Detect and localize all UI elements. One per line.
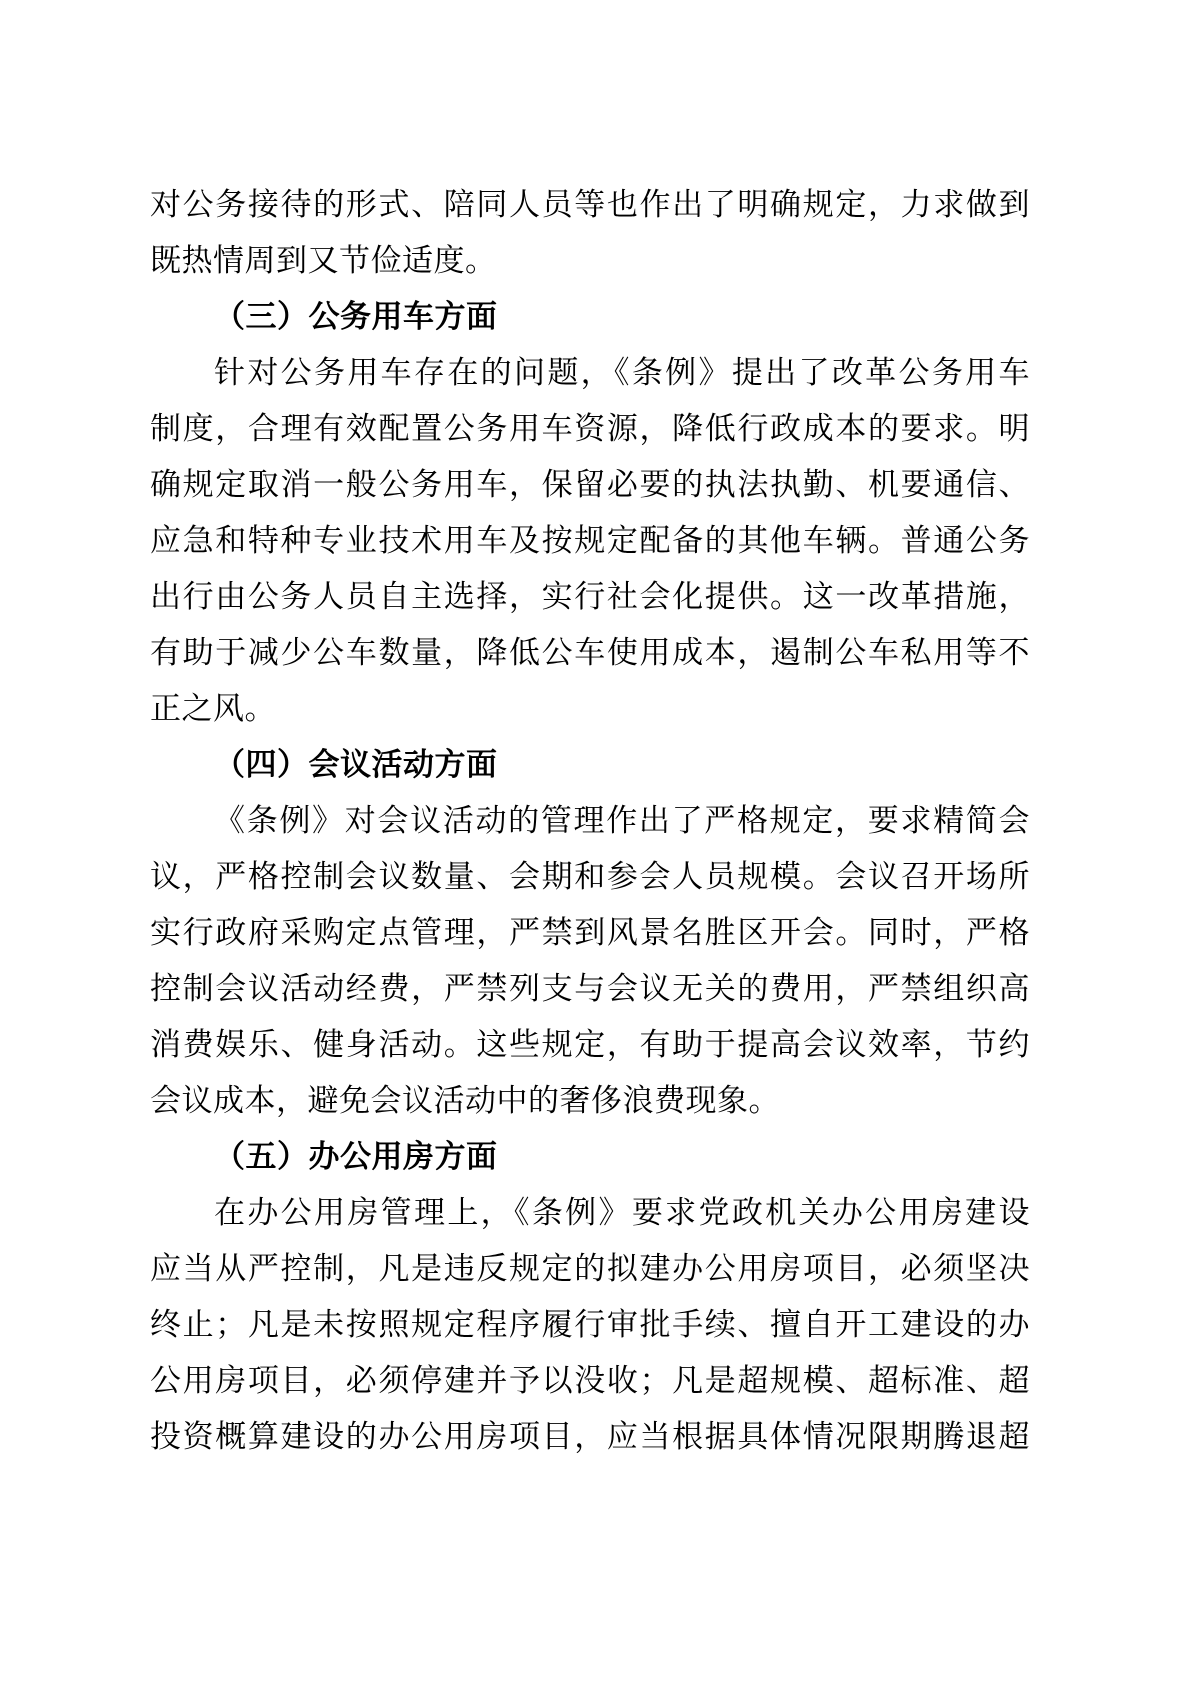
text-line: 议，严格控制会议数量、会期和参会人员规模。会议召开场所 <box>150 849 1030 905</box>
text-line: 会议成本，避免会议活动中的奢侈浪费现象。 <box>150 1073 1030 1129</box>
text-line: 针对公务用车存在的问题，《条例》提出了改革公务用车 <box>150 345 1030 401</box>
text-line: 应急和特种专业技术用车及按规定配备的其他车辆。普通公务 <box>150 513 1030 569</box>
text-line: 对公务接待的形式、陪同人员等也作出了明确规定，力求做到 <box>150 177 1030 233</box>
text-line: 消费娱乐、健身活动。这些规定，有助于提高会议效率，节约 <box>150 1017 1030 1073</box>
text-line: 实行政府采购定点管理，严禁到风景名胜区开会。同时，严格 <box>150 905 1030 961</box>
text-line: 终止；凡是未按照规定程序履行审批手续、擅自开工建设的办 <box>150 1297 1030 1353</box>
section-heading: （三）公务用车方面 <box>150 289 1030 345</box>
text-line: 正之风。 <box>150 681 1030 737</box>
text-line: 有助于减少公车数量，降低公车使用成本，遏制公车私用等不 <box>150 625 1030 681</box>
text-line: 控制会议活动经费，严禁列支与会议无关的费用，严禁组织高 <box>150 961 1030 1017</box>
text-line: 出行由公务人员自主选择，实行社会化提供。这一改革措施， <box>150 569 1030 625</box>
text-line: 公用房项目，必须停建并予以没收；凡是超规模、超标准、超 <box>150 1353 1030 1409</box>
document-page: 对公务接待的形式、陪同人员等也作出了明确规定，力求做到既热情周到又节俭适度。（三… <box>0 0 1190 1683</box>
document-text-block: 对公务接待的形式、陪同人员等也作出了明确规定，力求做到既热情周到又节俭适度。（三… <box>150 177 1030 1465</box>
text-line: 确规定取消一般公务用车，保留必要的执法执勤、机要通信、 <box>150 457 1030 513</box>
text-line: 既热情周到又节俭适度。 <box>150 233 1030 289</box>
text-line: 《条例》对会议活动的管理作出了严格规定，要求精简会 <box>150 793 1030 849</box>
text-line: 在办公用房管理上，《条例》要求党政机关办公用房建设 <box>150 1185 1030 1241</box>
section-heading: （四）会议活动方面 <box>150 737 1030 793</box>
section-heading: （五）办公用房方面 <box>150 1129 1030 1185</box>
text-line: 应当从严控制，凡是违反规定的拟建办公用房项目，必须坚决 <box>150 1241 1030 1297</box>
text-line: 制度，合理有效配置公务用车资源，降低行政成本的要求。明 <box>150 401 1030 457</box>
text-line: 投资概算建设的办公用房项目，应当根据具体情况限期腾退超 <box>150 1409 1030 1465</box>
